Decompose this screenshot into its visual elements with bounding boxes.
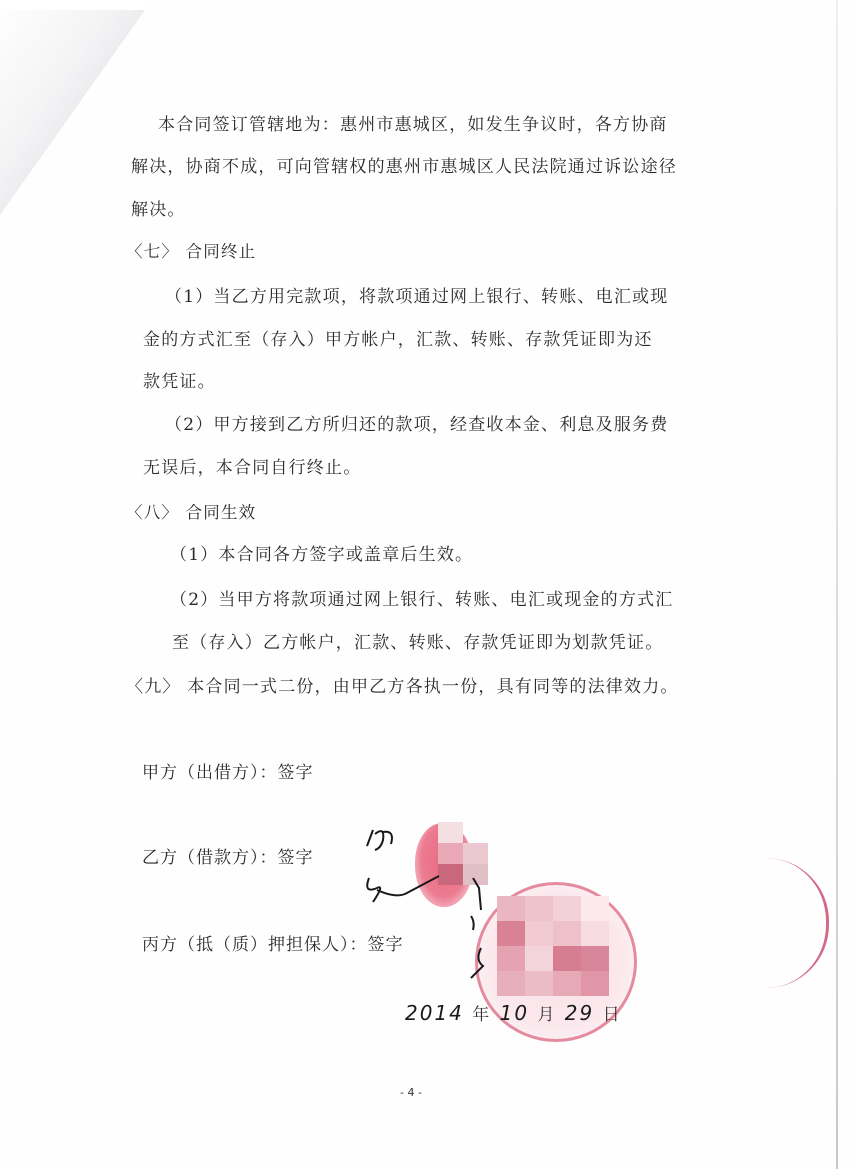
section-7-item1-line-3: 款凭证。 [143,371,216,393]
section-7-item1-line-2: 金的方式汇至（存入）甲方帐户，汇款、转账、存款凭证即为还 [143,329,653,351]
section-8-item2-line-1: （2）当甲方将款项通过网上银行、转账、电汇或现金的方式汇 [170,589,673,611]
section-8-item2-line-2: 至（存入）乙方帐户，汇款、转账、存款凭证即为划款凭证。 [172,632,663,654]
date-year-unit: 年 [472,1005,491,1025]
partial-seal-edge [766,858,829,988]
jurisdiction-line-2: 解决，协商不成，可向管辖权的惠州市惠城区人民法院通过诉讼途径 [131,156,677,178]
section-7-heading: 〈七〉 合同终止 [126,241,256,263]
jurisdiction-line-1: 本合同签订管辖地为：惠州市惠城区，如发生争议时，各方协商 [158,114,668,136]
handwritten-signature [355,818,495,1008]
folded-corner-shadow [0,0,150,215]
section-7-item2-line-2: 无误后，本合同自行终止。 [143,457,361,479]
page-right-edge [836,0,838,1169]
section-7-item2-line-1: （2）甲方接到乙方所归还的款项，经查收本金、利息及服务费 [165,414,668,436]
document-page: 本合同签订管辖地为：惠州市惠城区，如发生争议时，各方协商 解决，协商不成，可向管… [0,0,850,1169]
date-year: 2014 [405,1001,464,1025]
party-b-signature-label: 乙方（借款方）：签字 [142,847,314,869]
date-month-unit: 月 [537,1005,556,1025]
date-day-unit: 日 [603,1005,622,1025]
signing-date: 2014 年 10 月 29 日 [405,1000,622,1025]
jurisdiction-line-3: 解决。 [131,199,186,221]
date-month: 10 [500,1001,529,1025]
date-day: 29 [565,1001,594,1025]
section-7-item1-line-1: （1）当乙方用完款项，将款项通过网上银行、转账、电汇或现 [165,286,668,308]
section-9-text: 〈九〉 本合同一式二份，由甲乙方各执一份，具有同等的法律效力。 [126,676,679,698]
page-number: - 4 - [400,1086,422,1099]
section-8-heading: 〈八〉 合同生效 [126,502,256,524]
section-8-item1: （1）本合同各方签字或盖章后生效。 [170,544,473,566]
redacted-mosaic-seal [497,896,609,996]
party-a-signature-label: 甲方（出借方）：签字 [142,762,314,784]
